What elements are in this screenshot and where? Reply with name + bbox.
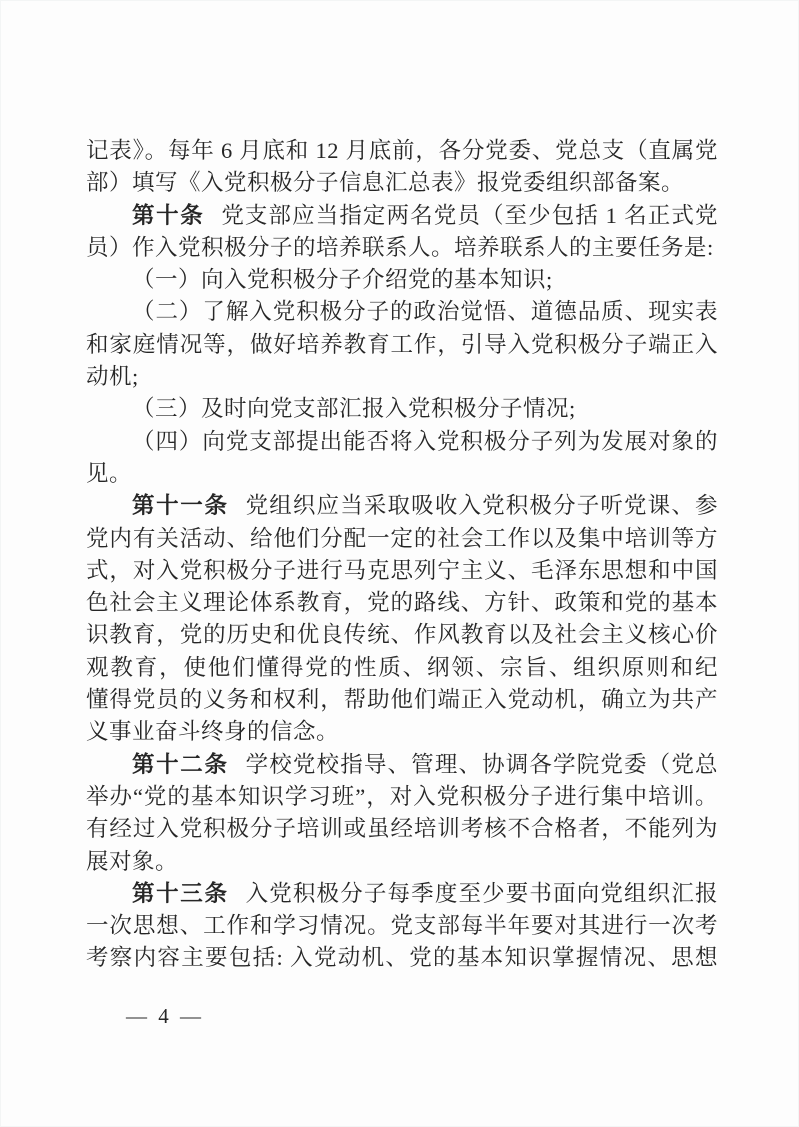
paragraph: 第十二条学校党校指导、管理、协调各学院党委（党总支） 举办“党的基本知识学习班”…	[86, 749, 718, 878]
text-line: 识教育，党的历史和优良传统、作风教育以及社会主义核心价值	[86, 619, 718, 651]
text-line: 党内有关活动、给他们分配一定的社会工作以及集中培训等方	[86, 523, 718, 555]
text-line: 第十条党支部应当指定两名党员（至少包括 1 名正式党	[86, 200, 718, 232]
paragraph: 第十条党支部应当指定两名党员（至少包括 1 名正式党 员）作入党积极分子的培养联…	[86, 200, 718, 265]
article-number-heading: 第十二条	[132, 752, 229, 777]
text-line: 展对象。	[86, 846, 718, 878]
text-line: 式，对入党积极分子进行马克思列宁主义、毛泽东思想和中国特	[86, 555, 718, 587]
article-number-heading: 第十一条	[132, 493, 229, 518]
text-line: （四）向党支部提出能否将入党积极分子列为发展对象的意	[86, 426, 718, 458]
text-line: 和家庭情况等，做好培养教育工作，引导入党积极分子端正入党	[86, 329, 718, 361]
text-line: 举办“党的基本知识学习班”，对入党积极分子进行集中培训。没	[86, 781, 718, 813]
text-line: 考察内容主要包括: 入党动机、党的基本知识掌握情况、思想觉	[86, 942, 718, 974]
text-run: 党支部应当指定两名党员（至少包括 1 名正式党	[221, 203, 718, 228]
text-line: 员）作入党积极分子的培养联系人。培养联系人的主要任务是:	[86, 232, 718, 264]
paragraph: （三）及时向党支部汇报入党积极分子情况;	[86, 393, 718, 425]
text-line: 色社会主义理论体系教育，党的路线、方针、政策和党的基本知	[86, 587, 718, 619]
text-line: 部）填写《入党积极分子信息汇总表》报党委组织部备案。	[86, 167, 718, 199]
text-line: 第十二条学校党校指导、管理、协调各学院党委（党总支）	[86, 749, 718, 781]
paragraph: （二）了解入党积极分子的政治觉悟、道德品质、现实表现 和家庭情况等，做好培养教育…	[86, 296, 718, 393]
paragraph: 第十三条入党积极分子每季度至少要书面向党组织汇报 一次思想、工作和学习情况。党支…	[86, 878, 718, 975]
text-run: 入党积极分子每季度至少要书面向党组织汇报	[246, 881, 718, 906]
page-number: — 4 —	[126, 1004, 204, 1029]
text-line: （三）及时向党支部汇报入党积极分子情况;	[86, 393, 718, 425]
text-line: 记表》。每年 6 月底和 12 月底前，各分党委、党总支（直属党支	[86, 135, 718, 167]
article-number-heading: 第十条	[132, 203, 204, 228]
text-line: 义事业奋斗终身的信念。	[86, 716, 718, 748]
document-body-text: 记表》。每年 6 月底和 12 月底前，各分党委、党总支（直属党支 部）填写《入…	[86, 135, 718, 975]
paragraph: 记表》。每年 6 月底和 12 月底前，各分党委、党总支（直属党支 部）填写《入…	[86, 135, 718, 200]
text-line: 懂得党员的义务和权利，帮助他们端正入党动机，确立为共产主	[86, 684, 718, 716]
scanned-document-page: 记表》。每年 6 月底和 12 月底前，各分党委、党总支（直属党支 部）填写《入…	[0, 0, 799, 1127]
text-line: （一）向入党积极分子介绍党的基本知识;	[86, 264, 718, 296]
paragraph: （一）向入党积极分子介绍党的基本知识;	[86, 264, 718, 296]
text-line: 一次思想、工作和学习情况。党支部每半年要对其进行一次考察，	[86, 910, 718, 942]
text-line: 第十一条党组织应当采取吸收入党积极分子听党课、参加	[86, 490, 718, 522]
article-number-heading: 第十三条	[132, 881, 229, 906]
paragraph: 第十一条党组织应当采取吸收入党积极分子听党课、参加 党内有关活动、给他们分配一定…	[86, 490, 718, 748]
text-line: 观教育，使他们懂得党的性质、纲领、宗旨、组织原则和纪律，	[86, 652, 718, 684]
text-line: 见。	[86, 458, 718, 490]
paragraph: （四）向党支部提出能否将入党积极分子列为发展对象的意 见。	[86, 426, 718, 491]
text-line: 第十三条入党积极分子每季度至少要书面向党组织汇报	[86, 878, 718, 910]
text-line: （二）了解入党积极分子的政治觉悟、道德品质、现实表现	[86, 296, 718, 328]
text-line: 动机;	[86, 361, 718, 393]
text-line: 有经过入党积极分子培训或虽经培训考核不合格者，不能列为发	[86, 813, 718, 845]
